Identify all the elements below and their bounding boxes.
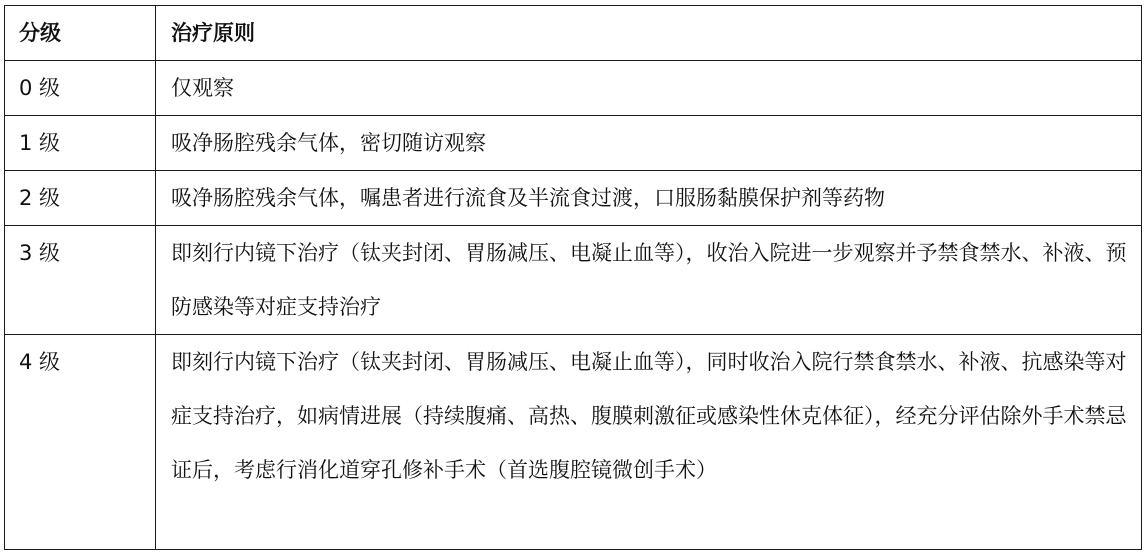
table-row: 0 级 仅观察 bbox=[5, 61, 1142, 116]
header-grade: 分级 bbox=[5, 6, 156, 61]
table-row: 3 级 即刻行内镜下治疗（钛夹封闭、胃肠减压、电凝止血等），收治入院进一步观察并… bbox=[5, 226, 1142, 335]
treatment-cell: 吸净肠腔残余气体，密切随访观察 bbox=[156, 116, 1142, 171]
header-grade-label: 分级 bbox=[5, 6, 155, 60]
treatment-cell: 即刻行内镜下治疗（钛夹封闭、胃肠减压、电凝止血等），收治入院进一步观察并予禁食禁… bbox=[156, 226, 1142, 335]
treatment-text: 即刻行内镜下治疗（钛夹封闭、胃肠减压、电凝止血等），同时收治入院行禁食禁水、补液… bbox=[156, 335, 1141, 497]
treatment-cell: 仅观察 bbox=[156, 61, 1142, 116]
grade-value: 3 级 bbox=[5, 226, 155, 280]
grade-value: 4 级 bbox=[5, 335, 155, 389]
treatment-cell: 吸净肠腔残余气体，嘱患者进行流食及半流食过渡，口服肠黏膜保护剂等药物 bbox=[156, 171, 1142, 226]
treatment-cell: 即刻行内镜下治疗（钛夹封闭、胃肠减压、电凝止血等），同时收治入院行禁食禁水、补液… bbox=[156, 335, 1142, 550]
grade-cell: 0 级 bbox=[5, 61, 156, 116]
treatment-text: 吸净肠腔残余气体，嘱患者进行流食及半流食过渡，口服肠黏膜保护剂等药物 bbox=[156, 171, 1141, 225]
treatment-text: 即刻行内镜下治疗（钛夹封闭、胃肠减压、电凝止血等），收治入院进一步观察并予禁食禁… bbox=[156, 226, 1141, 334]
header-treatment: 治疗原则 bbox=[156, 6, 1142, 61]
grading-treatment-table: 分级 治疗原则 0 级 仅观察 1 级 吸净肠腔残余气体，密切随访观察 2 级 … bbox=[4, 5, 1142, 550]
grade-value: 2 级 bbox=[5, 171, 155, 225]
grade-cell: 3 级 bbox=[5, 226, 156, 335]
header-treatment-label: 治疗原则 bbox=[156, 6, 1141, 60]
table-row: 2 级 吸净肠腔残余气体，嘱患者进行流食及半流食过渡，口服肠黏膜保护剂等药物 bbox=[5, 171, 1142, 226]
table-row: 4 级 即刻行内镜下治疗（钛夹封闭、胃肠减压、电凝止血等），同时收治入院行禁食禁… bbox=[5, 335, 1142, 550]
grade-cell: 2 级 bbox=[5, 171, 156, 226]
treatment-text: 吸净肠腔残余气体，密切随访观察 bbox=[156, 116, 1141, 170]
grade-cell: 1 级 bbox=[5, 116, 156, 171]
treatment-text: 仅观察 bbox=[156, 61, 1141, 115]
table-row: 1 级 吸净肠腔残余气体，密切随访观察 bbox=[5, 116, 1142, 171]
grade-cell: 4 级 bbox=[5, 335, 156, 550]
table-header-row: 分级 治疗原则 bbox=[5, 6, 1142, 61]
grade-value: 0 级 bbox=[5, 61, 155, 115]
grade-value: 1 级 bbox=[5, 116, 155, 170]
